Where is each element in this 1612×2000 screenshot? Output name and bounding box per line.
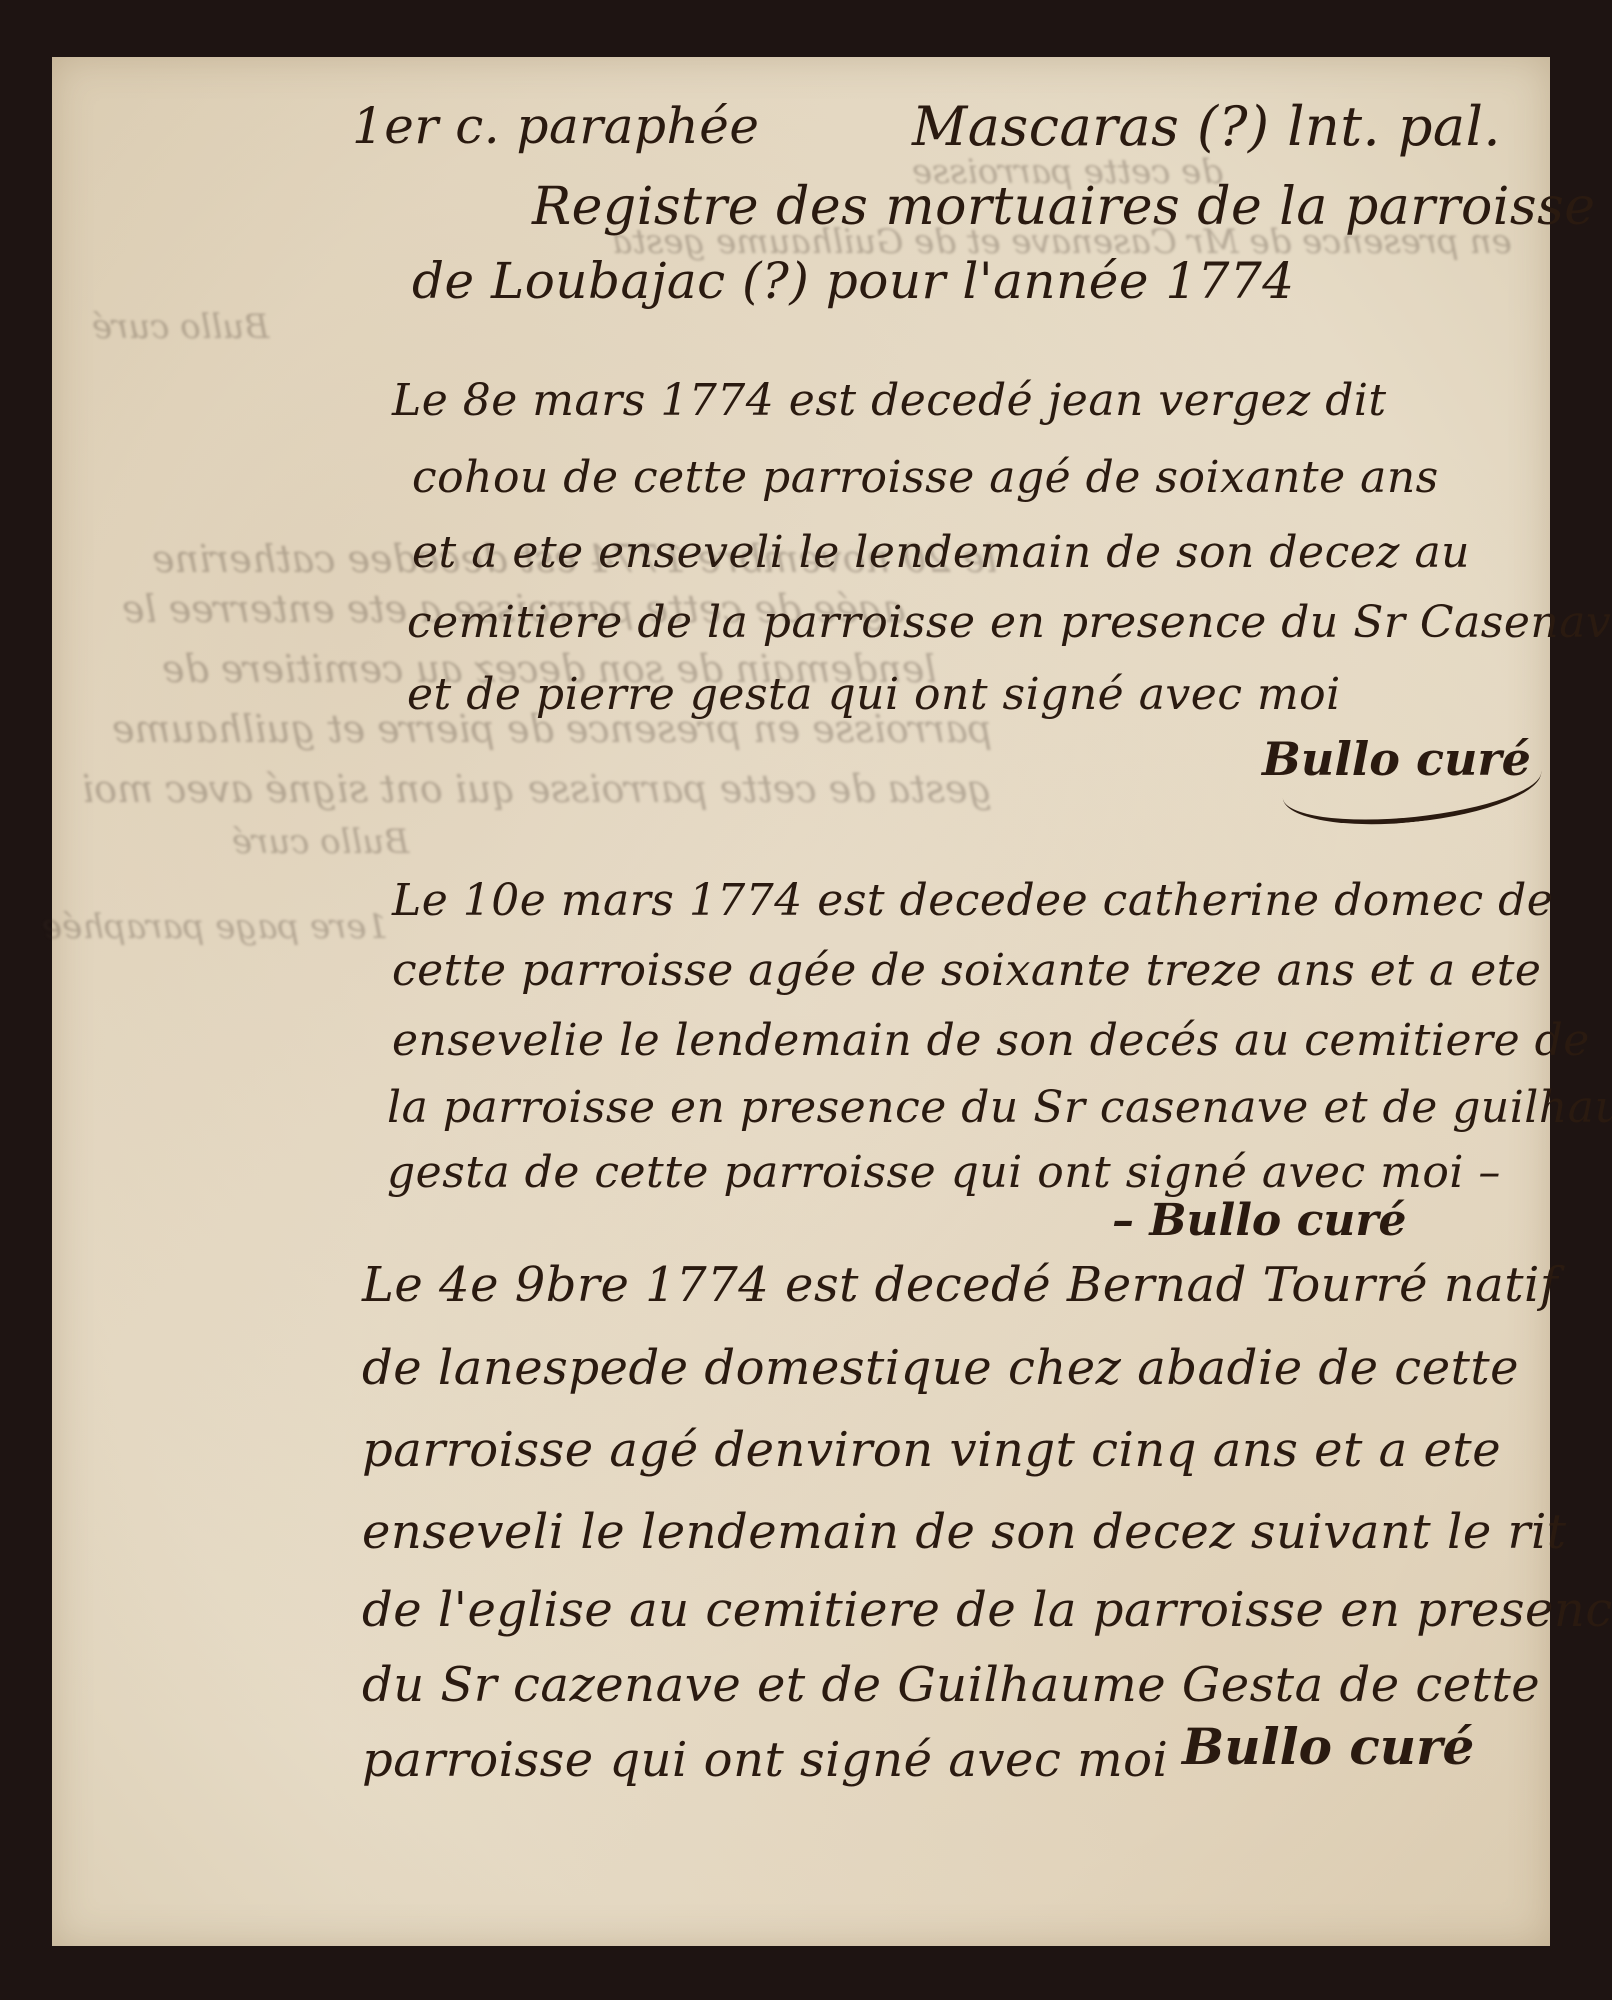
entry-line: cette parroisse agée de soixante treze a… — [392, 945, 1541, 996]
bleed-through-text: gesta de cette parroisse qui ont signé a… — [82, 767, 992, 811]
entry-line: du Sr cazenave et de Guilhaume Gesta de … — [362, 1657, 1540, 1713]
bleed-through-text: 1ere page paraphée — [42, 907, 388, 947]
entry-line: Le 10e mars 1774 est decedee catherine d… — [392, 875, 1553, 926]
priest-signature: – Bullo curé — [1112, 1195, 1407, 1246]
page-annotation: 1er c. paraphée — [352, 97, 759, 155]
entry-line: et de pierre gesta qui ont signé avec mo… — [407, 669, 1341, 720]
entry-line: la parroisse en presence du Sr casenave … — [387, 1082, 1612, 1133]
register-title-year: de Loubajac (?) pour l'année 1774 — [412, 252, 1295, 310]
entry-line: enseveli le lendemain de son decez suiva… — [362, 1504, 1567, 1560]
entry-line: parroisse agé denviron vingt cinq ans et… — [362, 1422, 1501, 1478]
entry-line: cemitiere de la parroisse en presence du… — [407, 597, 1612, 648]
entry-line: de l'eglise au cemitiere de la parroisse… — [362, 1582, 1612, 1638]
entry-line: Le 8e mars 1774 est decedé jean vergez d… — [392, 375, 1387, 426]
entry-line: Le 4e 9bre 1774 est decedé Bernad Tourré… — [362, 1257, 1558, 1313]
entry-line: et a ete enseveli le lendemain de son de… — [412, 527, 1470, 578]
entry-line: ensevelie le lendemain de son decés au c… — [392, 1015, 1590, 1066]
register-title: Registre des mortuaires de la parroisse — [532, 177, 1596, 237]
priest-signature: Bullo curé — [1182, 1717, 1474, 1776]
bleed-through-text: Bullo curé — [92, 307, 269, 347]
official-signature: Mascaras (?) lnt. pal. — [912, 95, 1501, 158]
entry-line: parroisse qui ont signé avec moi — [362, 1732, 1168, 1788]
entry-line: gesta de cette parroisse qui ont signé a… — [387, 1147, 1501, 1198]
bleed-through-text: Bullo curé — [232, 822, 409, 862]
entry-line: de lanespede domestique chez abadie de c… — [362, 1340, 1519, 1396]
entry-line: cohou de cette parroisse agé de soixante… — [412, 452, 1439, 503]
document-page: de cette parroisse en presence de Mr Cas… — [52, 57, 1550, 1946]
